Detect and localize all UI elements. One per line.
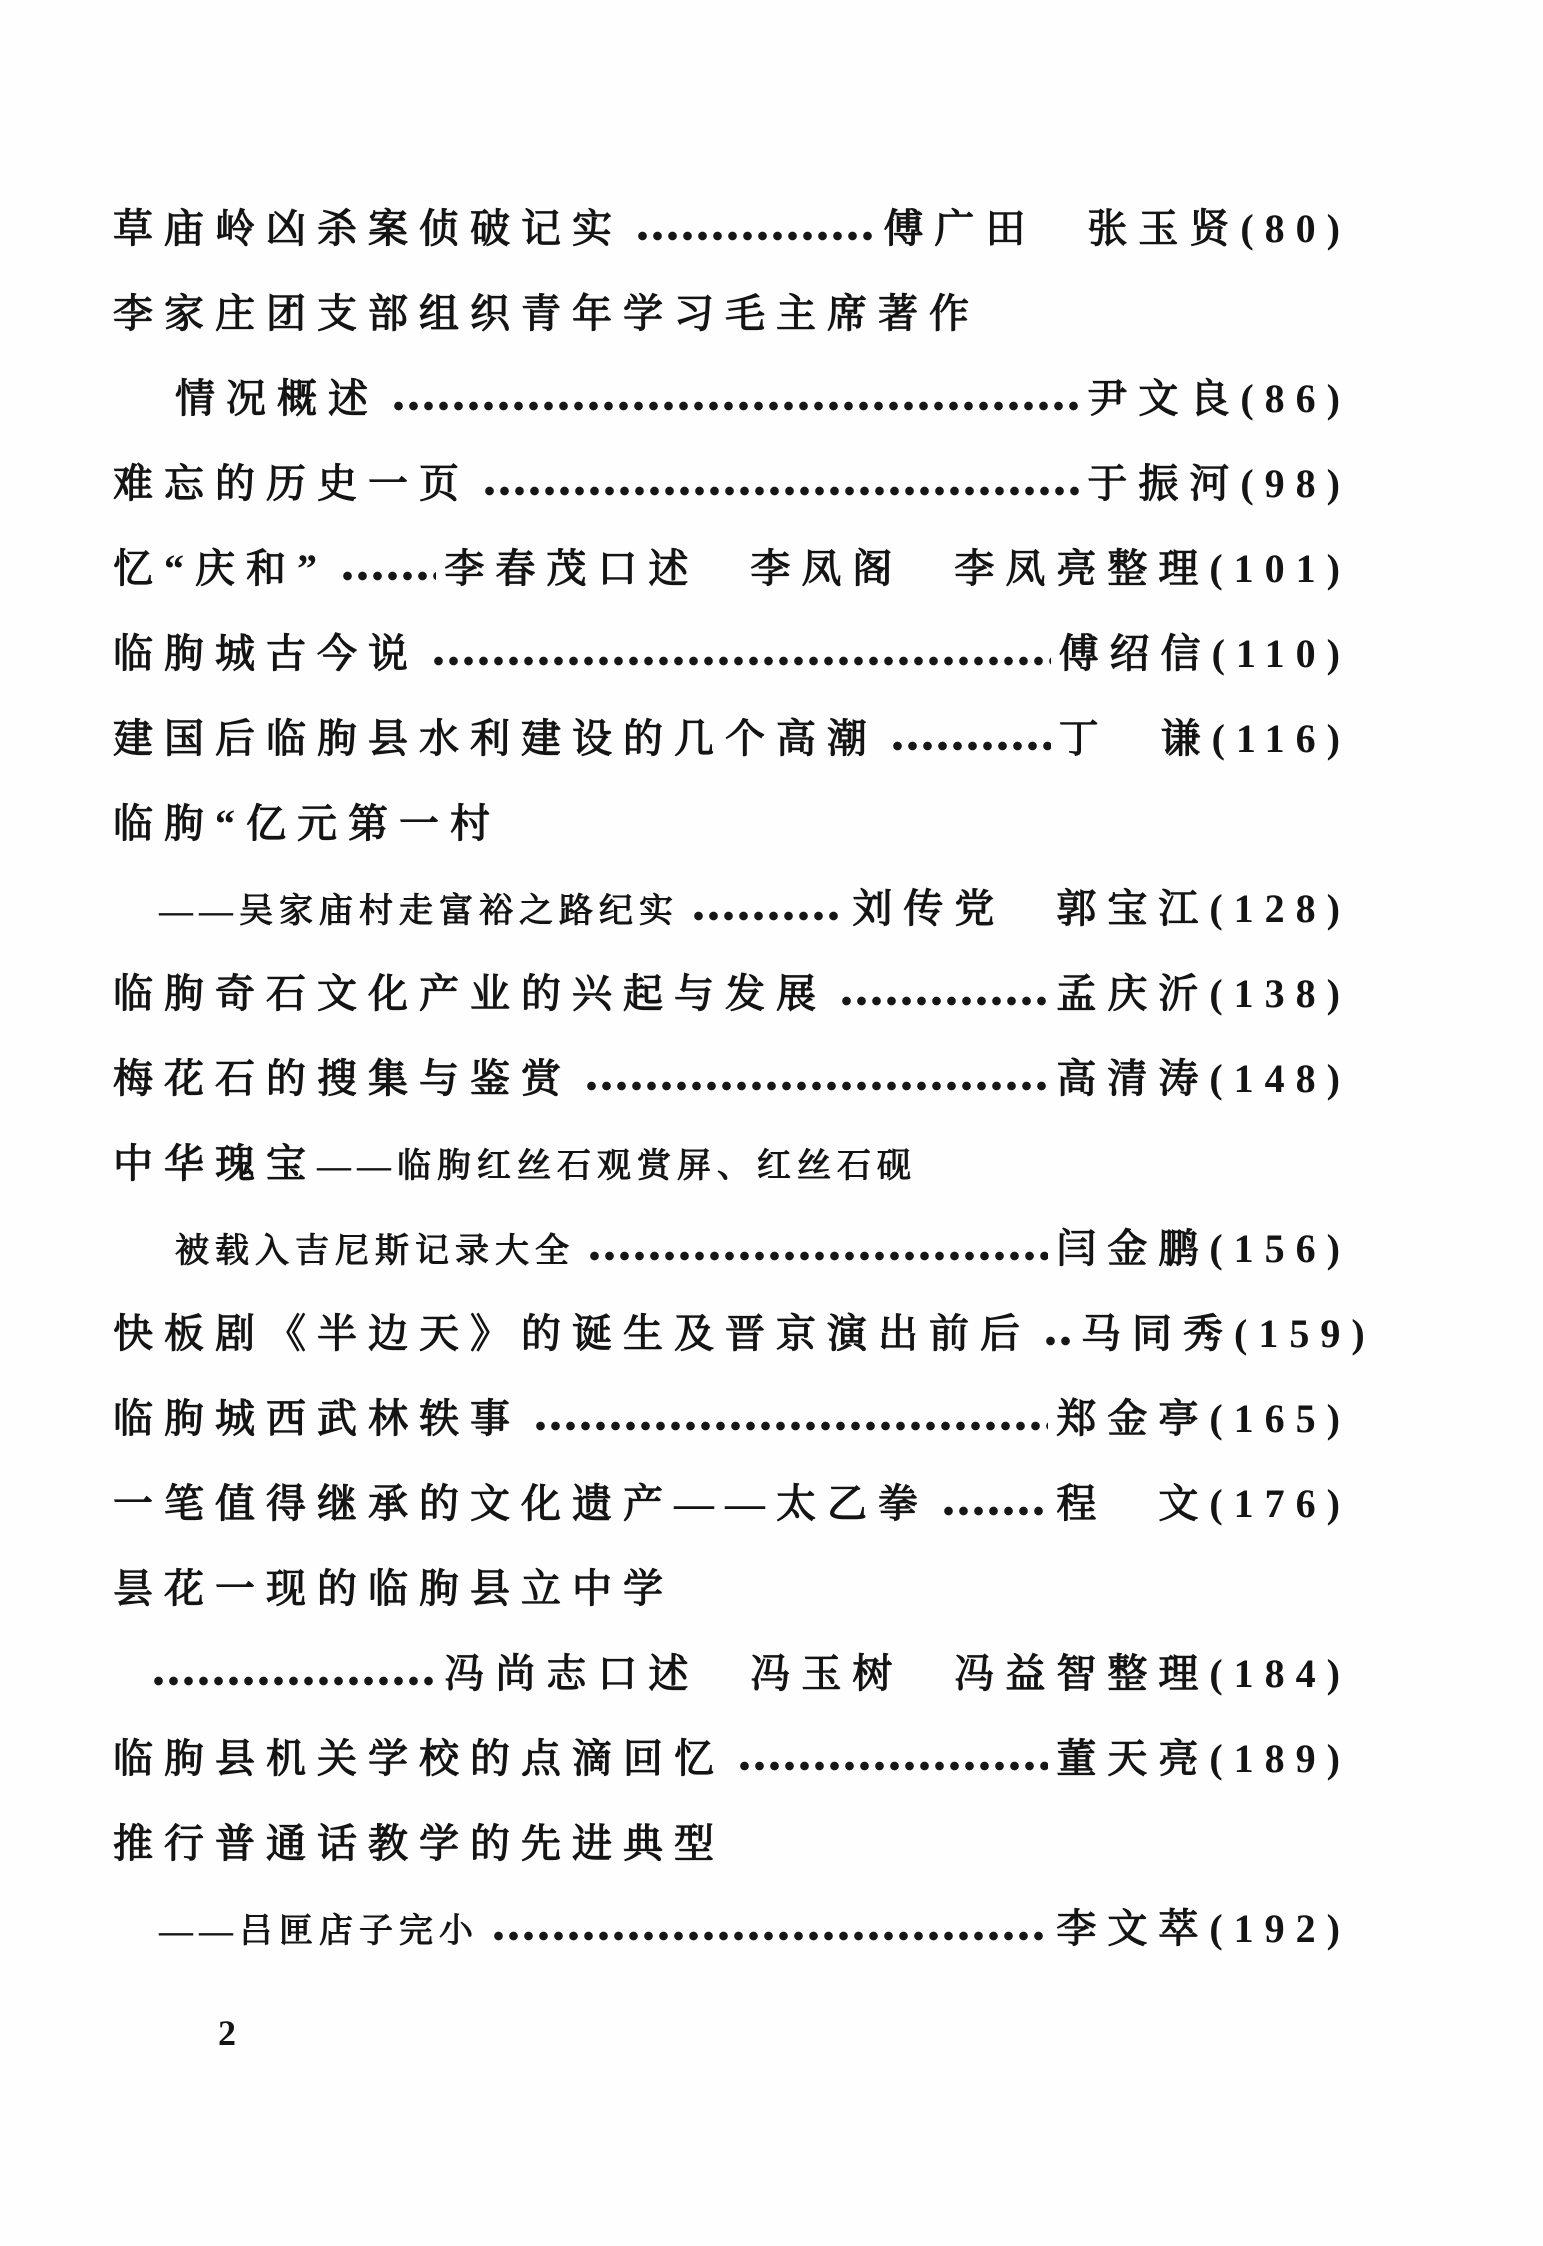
scanned-toc-page: 草庙岭凶杀案侦破记实 傅广田 张玉贤(80) 李家庄团支部组织青年学习毛主席著作… xyxy=(0,0,1543,2246)
dot-leader xyxy=(584,1080,1048,1092)
entry-page-number: (159) xyxy=(1234,1311,1376,1356)
entry-page-number: (80) xyxy=(1240,206,1351,251)
entry-author: 丁 谦(116) xyxy=(1059,696,1351,781)
entry-author: 李文萃(192) xyxy=(1056,1886,1351,1971)
toc-entry: 临朐城古今说 傅绍信(110) xyxy=(113,611,1351,696)
entry-title: 临朐“亿元第一村 xyxy=(113,781,501,866)
author-names: 冯尚志口述 冯玉树 冯益智整理 xyxy=(444,1651,1209,1696)
dot-leader xyxy=(587,1250,1048,1262)
entry-title: 临朐城古今说 xyxy=(113,611,419,696)
entry-author: 马同秀(159) xyxy=(1081,1291,1376,1376)
toc-entry: 快板剧《半边天》的诞生及晋京演出前后 马同秀(159) xyxy=(113,1291,1351,1376)
entry-author: 高清涛(148) xyxy=(1056,1036,1351,1121)
toc-entry: 建国后临朐县水利建设的几个高潮 丁 谦(116) xyxy=(113,696,1351,781)
author-names: 傅广田 张玉贤 xyxy=(883,206,1240,251)
entry-page-number: (86) xyxy=(1240,376,1351,421)
dot-leader xyxy=(1043,1335,1073,1347)
toc-entry: 被载入吉尼斯记录大全 闫金鹏(156) xyxy=(113,1206,1351,1291)
toc-entry: 情况概述 尹文良(86) xyxy=(113,356,1351,441)
entry-author: 李春茂口述 李凤阁 李凤亮整理(101) xyxy=(444,526,1351,611)
entry-title: 建国后临朐县水利建设的几个高潮 xyxy=(113,696,878,781)
author-names: 刘传党 郭宝江 xyxy=(852,886,1209,931)
entry-author: 董天亮(189) xyxy=(1056,1716,1351,1801)
toc-entry: ——吕匣店子完小 李文萃(192) xyxy=(113,1886,1351,1971)
entry-title: ——吴家庙村走富裕之路纪实 xyxy=(159,869,679,954)
entry-author: 程 文(176) xyxy=(1056,1461,1351,1546)
toc-entry: 李家庄团支部组织青年学习毛主席著作 xyxy=(113,271,1351,356)
author-names: 李文萃 xyxy=(1056,1906,1209,1951)
author-names: 傅绍信 xyxy=(1059,631,1212,676)
entry-author: 尹文良(86) xyxy=(1087,356,1351,441)
dot-leader xyxy=(431,655,1051,667)
entry-title: ——吕匣店子完小 xyxy=(159,1889,479,1974)
toc-entry: 临朐“亿元第一村 xyxy=(113,781,1351,866)
entry-page-number: (101) xyxy=(1209,546,1351,591)
author-names: 尹文良 xyxy=(1087,376,1240,421)
entry-author: 于振河(98) xyxy=(1087,441,1351,526)
entry-page-number: (148) xyxy=(1209,1056,1351,1101)
dot-leader xyxy=(491,1930,1048,1942)
toc-entry: 推行普通话教学的先进典型 xyxy=(113,1801,1351,1886)
author-names: 马同秀 xyxy=(1081,1311,1234,1356)
entry-subtitle: ——临朐红丝石观赏屏、红丝石砚 xyxy=(317,1124,917,1209)
entry-page-number: (189) xyxy=(1209,1736,1351,1781)
entry-page-number: (128) xyxy=(1209,886,1351,931)
entry-title: 昙花一现的临朐县立中学 xyxy=(113,1546,674,1631)
entry-title: 草庙岭凶杀案侦破记实 xyxy=(113,186,623,271)
entry-page-number: (138) xyxy=(1209,971,1351,1016)
toc-entry: 临朐县机关学校的点滴回忆 董天亮(189) xyxy=(113,1716,1351,1801)
entry-page-number: (156) xyxy=(1209,1226,1351,1271)
toc-entry: 草庙岭凶杀案侦破记实 傅广田 张玉贤(80) xyxy=(113,186,1351,271)
dot-leader xyxy=(151,1675,436,1687)
author-names: 郑金亭 xyxy=(1056,1396,1209,1441)
toc-entry: 难忘的历史一页 于振河(98) xyxy=(113,441,1351,526)
author-names: 董天亮 xyxy=(1056,1736,1209,1781)
entry-title: 临朐县机关学校的点滴回忆 xyxy=(113,1716,725,1801)
author-names: 孟庆沂 xyxy=(1056,971,1209,1016)
entry-title: 梅花石的搜集与鉴赏 xyxy=(113,1036,572,1121)
entry-page-number: (110) xyxy=(1212,631,1351,676)
dot-leader xyxy=(941,1505,1048,1517)
toc-entry: ——吴家庙村走富裕之路纪实 刘传党 郭宝江(128) xyxy=(113,866,1351,951)
dot-leader xyxy=(391,400,1079,412)
entry-title: 李家庄团支部组织青年学习毛主席著作 xyxy=(113,271,980,356)
entry-page-number: (165) xyxy=(1209,1396,1351,1441)
entry-title: 一笔值得继承的文化遗产——太乙拳 xyxy=(113,1461,929,1546)
dot-leader xyxy=(635,230,875,242)
entry-title: 难忘的历史一页 xyxy=(113,441,470,526)
entry-title: 情况概述 xyxy=(175,356,379,441)
dot-leader xyxy=(340,570,436,582)
entry-author: 傅绍信(110) xyxy=(1059,611,1351,696)
dot-leader xyxy=(691,910,844,922)
toc-entry: 一笔值得继承的文化遗产——太乙拳 程 文(176) xyxy=(113,1461,1351,1546)
dot-leader xyxy=(890,740,1051,752)
toc-entry: 冯尚志口述 冯玉树 冯益智整理(184) xyxy=(113,1631,1351,1716)
entry-title: 临朐奇石文化产业的兴起与发展 xyxy=(113,951,827,1036)
dot-leader xyxy=(533,1420,1048,1432)
toc-entry: 中华瑰宝 ——临朐红丝石观赏屏、红丝石砚 xyxy=(113,1121,1351,1206)
dot-leader xyxy=(737,1760,1048,1772)
entry-author: 冯尚志口述 冯玉树 冯益智整理(184) xyxy=(444,1631,1351,1716)
page-number: 2 xyxy=(218,2012,236,2054)
entry-author: 傅广田 张玉贤(80) xyxy=(883,186,1351,271)
toc-entry: 临朐城西武林轶事 郑金亭(165) xyxy=(113,1376,1351,1461)
entry-page-number: (98) xyxy=(1240,461,1351,506)
entry-title: 推行普通话教学的先进典型 xyxy=(113,1801,725,1886)
toc-entry: 梅花石的搜集与鉴赏 高清涛(148) xyxy=(113,1036,1351,1121)
toc-entry: 忆“庆和” 李春茂口述 李凤阁 李凤亮整理(101) xyxy=(113,526,1351,611)
entry-title: 忆“庆和” xyxy=(113,526,328,611)
entry-title: 快板剧《半边天》的诞生及晋京演出前后 xyxy=(113,1291,1031,1376)
entry-author: 刘传党 郭宝江(128) xyxy=(852,866,1351,951)
entry-page-number: (116) xyxy=(1212,716,1351,761)
author-names: 李春茂口述 李凤阁 李凤亮整理 xyxy=(444,546,1209,591)
entry-page-number: (184) xyxy=(1209,1651,1351,1696)
entry-page-number: (176) xyxy=(1209,1481,1351,1526)
author-names: 闫金鹏 xyxy=(1056,1226,1209,1271)
author-names: 于振河 xyxy=(1087,461,1240,506)
dot-leader xyxy=(839,995,1048,1007)
entry-title: 被载入吉尼斯记录大全 xyxy=(175,1209,575,1294)
toc-list: 草庙岭凶杀案侦破记实 傅广田 张玉贤(80) 李家庄团支部组织青年学习毛主席著作… xyxy=(113,186,1351,1971)
entry-title: 中华瑰宝 xyxy=(113,1121,317,1206)
author-names: 程 文 xyxy=(1056,1481,1209,1526)
entry-author: 闫金鹏(156) xyxy=(1056,1206,1351,1291)
author-names: 高清涛 xyxy=(1056,1056,1209,1101)
toc-entry: 临朐奇石文化产业的兴起与发展 孟庆沂(138) xyxy=(113,951,1351,1036)
toc-entry: 昙花一现的临朐县立中学 xyxy=(113,1546,1351,1631)
entry-author: 郑金亭(165) xyxy=(1056,1376,1351,1461)
entry-title: 临朐城西武林轶事 xyxy=(113,1376,521,1461)
entry-page-number: (192) xyxy=(1209,1906,1351,1951)
author-names: 丁 谦 xyxy=(1059,716,1212,761)
dot-leader xyxy=(482,485,1079,497)
entry-author: 孟庆沂(138) xyxy=(1056,951,1351,1036)
